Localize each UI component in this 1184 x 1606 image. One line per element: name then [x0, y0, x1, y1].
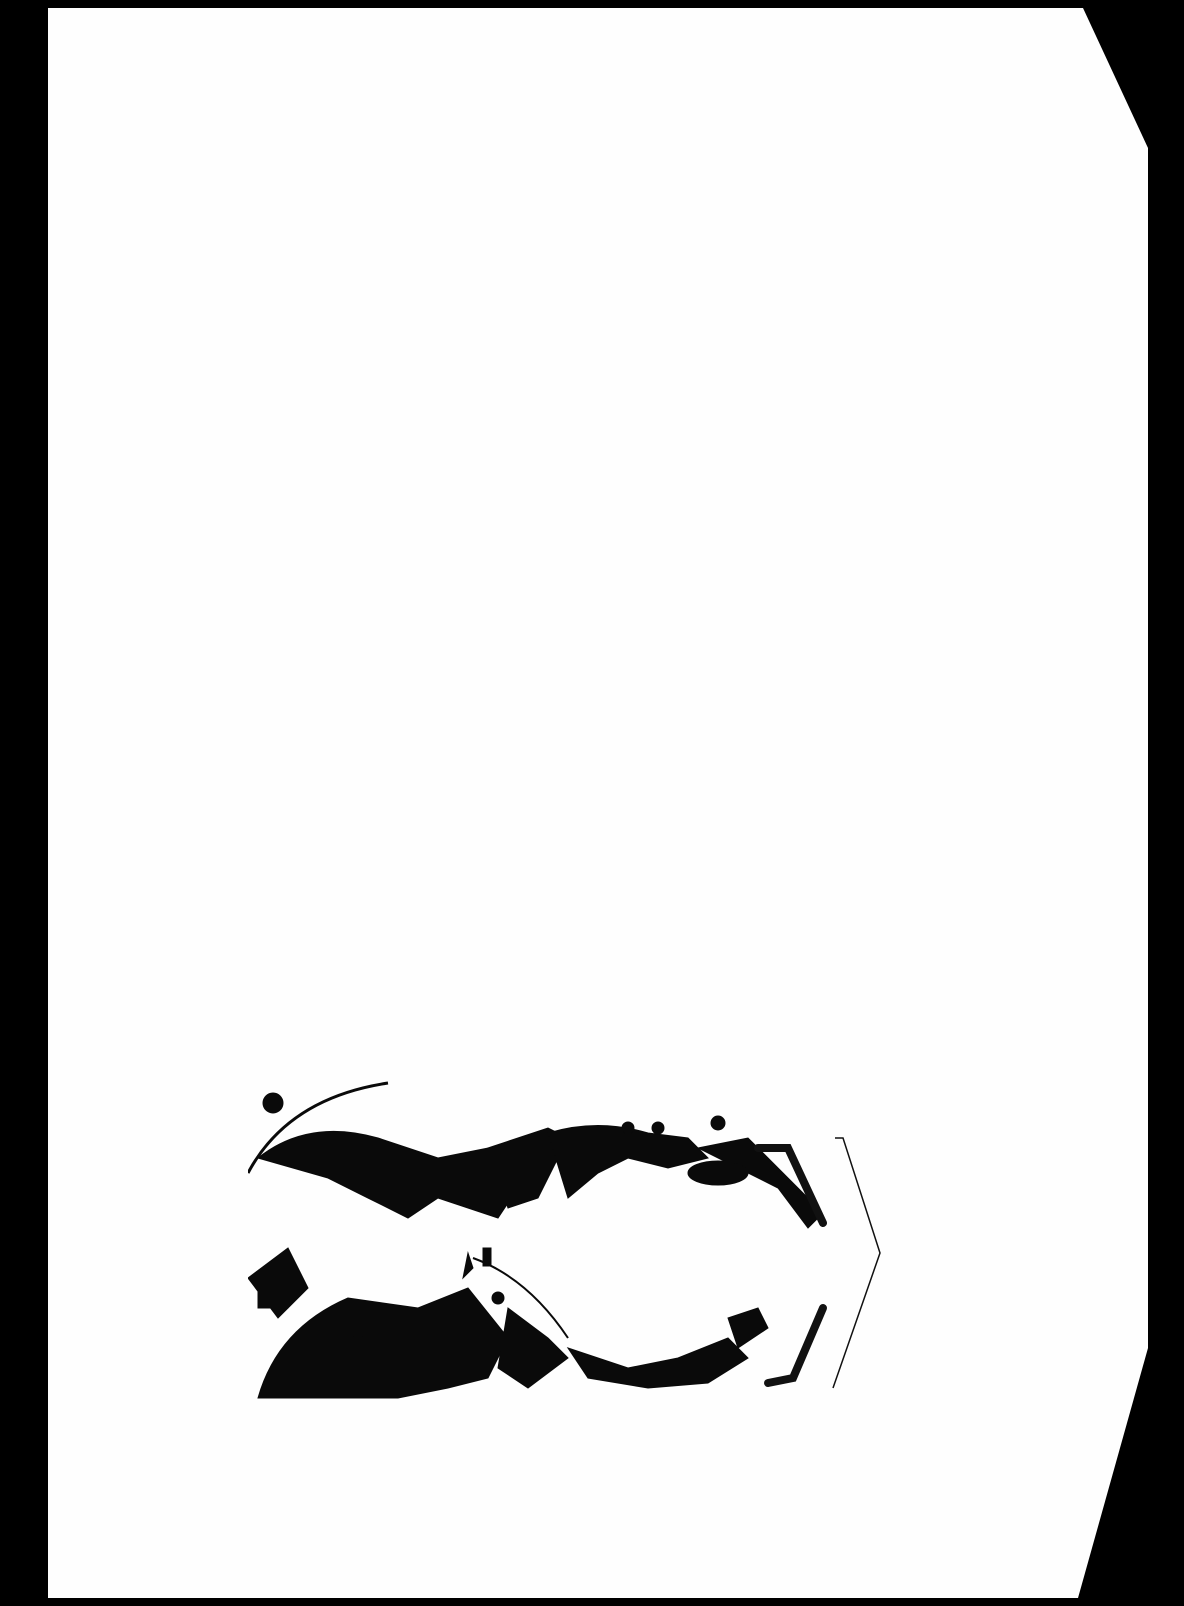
- caption-side: [968, 1168, 988, 1418]
- body-text-block: [408, 193, 808, 753]
- text-column: [601, 193, 615, 753]
- text-column: [794, 193, 808, 753]
- text-column: [408, 193, 422, 753]
- caption-top: [248, 1043, 948, 1059]
- illustration-figure: [248, 1078, 928, 1408]
- caption-bottom: [248, 1413, 948, 1429]
- text-column: [698, 193, 712, 753]
- document-page: [48, 8, 1148, 1598]
- text-column: [505, 193, 519, 753]
